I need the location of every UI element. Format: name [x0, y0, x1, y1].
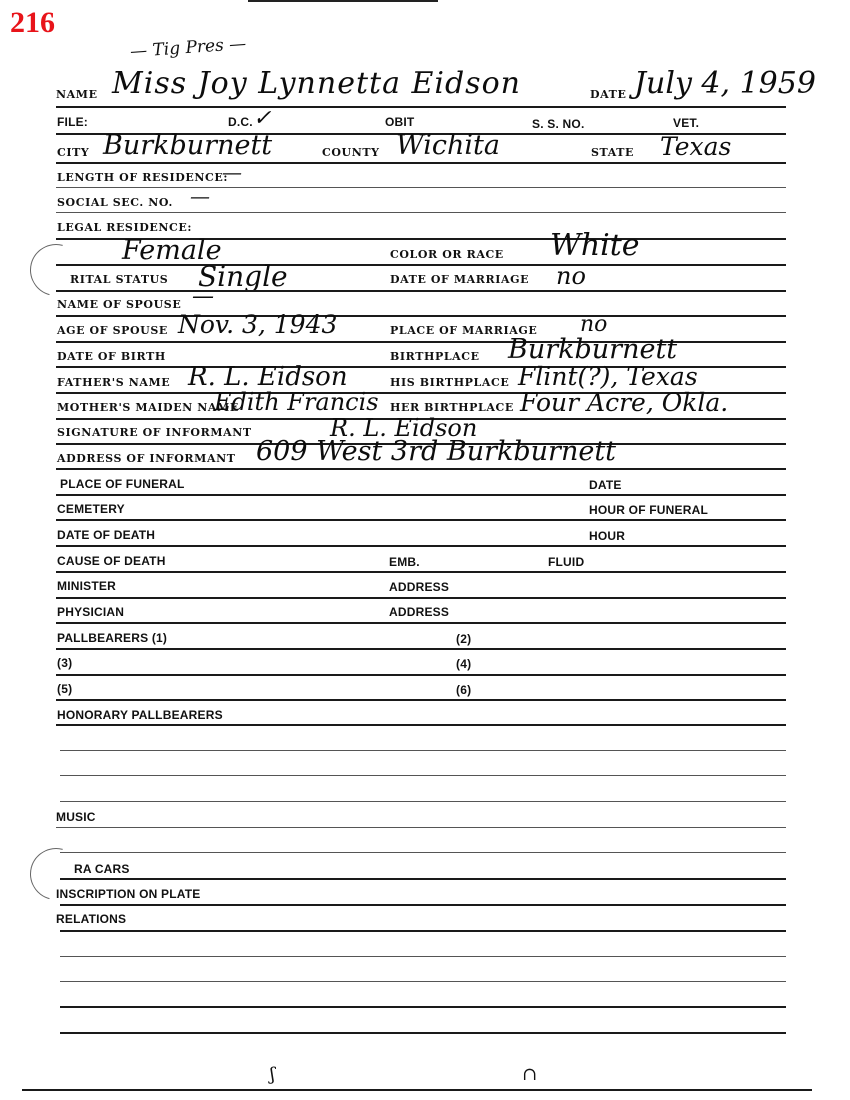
divider	[56, 162, 786, 164]
state-value: Texas	[660, 132, 731, 161]
bottom-scan-edge	[22, 1089, 812, 1091]
divider	[60, 904, 786, 906]
spouse-name-label: NAME OF SPOUSE	[57, 298, 181, 311]
ss-no-label: S. S. NO.	[532, 117, 584, 131]
pallbearer-3-label: (3)	[57, 656, 72, 670]
county-label: COUNTY	[322, 146, 380, 159]
top-scan-edge	[248, 0, 438, 2]
inscription-on-plate-label: INSCRIPTION ON PLATE	[56, 887, 200, 901]
pallbearers-label: PALLBEARERS (1)	[57, 631, 167, 645]
length-of-residence-value: —	[222, 160, 242, 184]
legal-residence-label: LEGAL RESIDENCE:	[57, 221, 192, 234]
bottom-binding-mark-left: ʃ	[270, 1064, 275, 1085]
dc-check-value: ✓	[253, 106, 271, 131]
county-value: Wichita	[396, 130, 500, 161]
divider	[56, 622, 786, 624]
marital-status-label: RITAL STATUS	[70, 273, 168, 286]
name-label: NAME	[56, 88, 98, 101]
his-birthplace-label: HIS BIRTHPLACE	[390, 376, 509, 389]
obit-label: OBIT	[385, 115, 414, 129]
divider	[60, 930, 786, 932]
divider	[56, 674, 786, 676]
date-of-marriage-value: no	[556, 262, 586, 290]
name-value: Miss Joy Lynnetta Eidson	[112, 66, 521, 101]
her-birthplace-label: HER BIRTHPLACE	[390, 401, 514, 414]
length-of-residence-label: LENGTH OF RESIDENCE:	[57, 171, 228, 184]
social-sec-label: SOCIAL SEC. NO.	[57, 196, 173, 209]
informant-address-value: 609 West 3rd Burkburnett	[256, 436, 616, 467]
pallbearer-6-label: (6)	[456, 683, 471, 697]
hour-label: HOUR	[589, 529, 625, 543]
his-birthplace-value: Flint(?), Texas	[518, 362, 698, 391]
divider	[60, 878, 786, 880]
mother-maiden-value: Edith Francis	[214, 388, 379, 416]
divider	[56, 494, 786, 496]
divider	[56, 545, 786, 547]
informant-signature-label: SIGNATURE OF INFORMANT	[57, 426, 252, 439]
divider	[56, 519, 786, 521]
divider	[56, 212, 786, 213]
dc-label: D.C.	[228, 115, 253, 129]
cause-of-death-label: CAUSE OF DEATH	[57, 554, 166, 568]
mother-maiden-label: MOTHER'S MAIDEN NAME	[57, 401, 239, 414]
blank-line	[60, 852, 786, 853]
physician-address-label: ADDRESS	[389, 605, 449, 619]
divider	[56, 571, 786, 573]
her-birthplace-value: Four Acre, Okla.	[520, 388, 728, 417]
social-sec-value: —	[190, 184, 210, 208]
pallbearer-5-label: (5)	[57, 682, 72, 696]
blank-line	[60, 981, 786, 982]
birthplace-label: BIRTHPLACE	[390, 350, 480, 363]
spouse-name-value: —	[192, 284, 214, 309]
hour-of-funeral-label: HOUR OF FUNERAL	[589, 503, 708, 517]
informant-address-label: ADDRESS OF INFORMANT	[57, 452, 236, 465]
blank-line	[60, 801, 786, 802]
date-of-death-label: DATE OF DEATH	[57, 528, 155, 542]
blank-line	[60, 775, 786, 776]
place-of-funeral-label: PLACE OF FUNERAL	[60, 477, 185, 491]
father-name-label: FATHER'S NAME	[57, 376, 170, 389]
relations-label: RELATIONS	[56, 912, 126, 926]
divider	[56, 315, 786, 317]
blank-line	[60, 1032, 786, 1034]
music-label: MUSIC	[56, 810, 96, 824]
spouse-age-label: AGE OF SPOUSE	[57, 324, 168, 337]
bottom-binding-mark-right: ∩	[522, 1064, 537, 1085]
fluid-label: FLUID	[548, 555, 584, 569]
color-race-value: White	[550, 228, 640, 263]
cemetery-label: CEMETERY	[57, 502, 125, 516]
minister-label: MINISTER	[57, 579, 116, 593]
divider	[56, 468, 786, 470]
vet-label: VET.	[673, 116, 699, 130]
blank-line	[60, 956, 786, 957]
funeral-date-label: DATE	[589, 478, 622, 492]
top-handwritten-note: — Tig Pres —	[129, 34, 246, 62]
city-value: Burkburnett	[103, 130, 272, 161]
color-race-label: COLOR OR RACE	[390, 248, 504, 261]
divider	[56, 724, 786, 726]
punch-hole-top	[20, 234, 91, 305]
physician-label: PHYSICIAN	[57, 605, 124, 619]
emb-label: EMB.	[389, 555, 420, 569]
date-value: July 4, 1959	[634, 66, 816, 101]
honorary-pallbearers-label: HONORARY PALLBEARERS	[57, 708, 223, 722]
blank-line	[60, 1006, 786, 1008]
divider	[56, 827, 786, 828]
extra-cars-label: RA CARS	[74, 862, 130, 876]
blank-line	[60, 750, 786, 751]
divider	[56, 648, 786, 650]
divider	[56, 264, 786, 266]
date-of-marriage-label: DATE OF MARRIAGE	[390, 273, 529, 286]
divider	[56, 290, 786, 292]
divider	[56, 187, 786, 188]
divider	[56, 106, 786, 108]
file-label: FILE:	[57, 115, 88, 129]
date-label: DATE	[590, 88, 626, 101]
city-label: CITY	[57, 146, 89, 159]
pallbearer-2-label: (2)	[456, 632, 471, 646]
spouse-age-value: Nov. 3, 1943	[178, 310, 337, 339]
birthplace-value: Burkburnett	[508, 334, 677, 365]
minister-address-label: ADDRESS	[389, 580, 449, 594]
pallbearer-4-label: (4)	[456, 657, 471, 671]
date-of-birth-label: DATE OF BIRTH	[57, 350, 166, 363]
divider	[56, 699, 786, 701]
page-number: 216	[10, 6, 55, 40]
state-label: STATE	[591, 146, 634, 159]
divider	[56, 597, 786, 599]
